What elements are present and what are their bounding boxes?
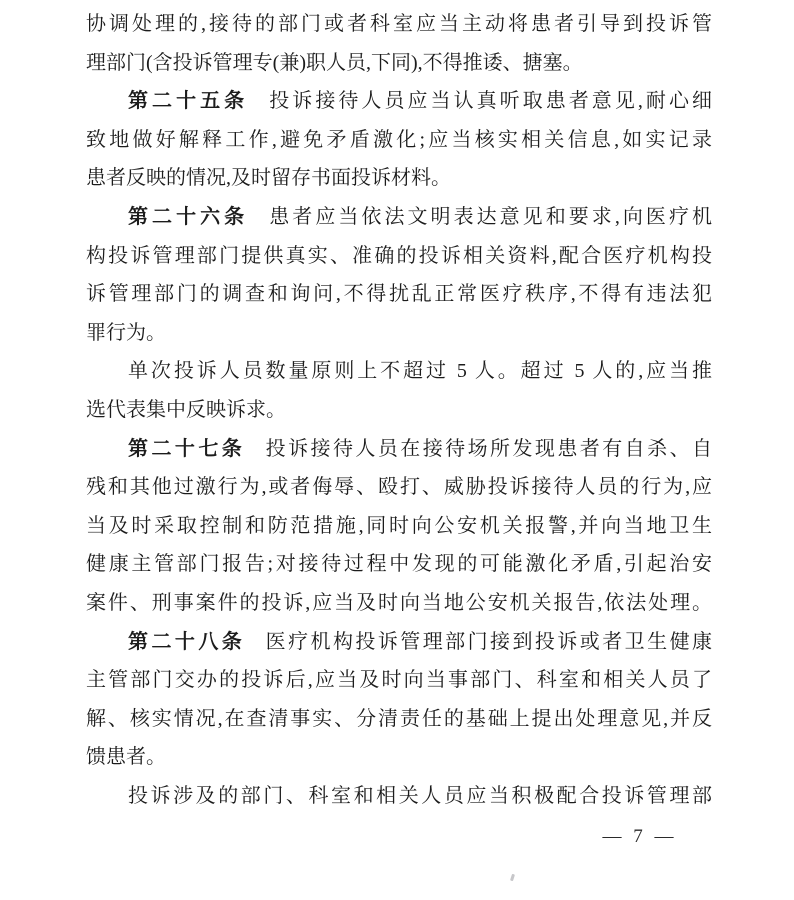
page-number: — 7 — bbox=[592, 826, 684, 848]
line-text: 患者反映的情况,及时留存书面投诉材料。 bbox=[86, 167, 451, 189]
document-line-13: 残和其他过激行为,或者侮辱、殴打、威胁投诉接待人员的行为,应 bbox=[86, 468, 712, 507]
line-text: 案件、刑事案件的投诉,应当及时向当地公安机关报告,依法处理。 bbox=[86, 592, 712, 614]
document-line-12: 第二十七条投诉接待人员在接待场所发现患者有自杀、自 bbox=[86, 430, 712, 469]
document-line-8: 诉管理部门的调查和询问,不得扰乱正常医疗秩序,不得有违法犯 bbox=[86, 275, 712, 314]
scanned-document-page: 协调处理的,接待的部门或者科室应当主动将患者引导到投诉管理部门(含投诉管理专(兼… bbox=[0, 0, 794, 900]
line-text: 构投诉管理部门提供真实、准确的投诉相关资料,配合医疗机构投 bbox=[86, 245, 712, 267]
document-line-19: 解、核实情况,在查清事实、分清责任的基础上提出处理意见,并反 bbox=[86, 700, 712, 739]
line-text: 投诉接待人员在接待场所发现患者有自杀、自 bbox=[263, 438, 712, 460]
article-number-heading: 第二十七条 bbox=[128, 438, 245, 460]
line-text: 致地做好解释工作,避免矛盾激化;应当核实相关信息,如实记录 bbox=[86, 129, 712, 151]
article-number-heading: 第二十八条 bbox=[128, 631, 245, 653]
document-line-6: 第二十六条患者应当依法文明表达意见和要求,向医疗机 bbox=[86, 198, 712, 237]
document-line-2: 理部门(含投诉管理专(兼)职人员,下同),不得推诿、搪塞。 bbox=[86, 44, 712, 83]
article-number-heading: 第二十五条 bbox=[128, 90, 248, 112]
line-text: 理部门(含投诉管理专(兼)职人员,下同),不得推诿、搪塞。 bbox=[86, 52, 583, 74]
document-line-18: 主管部门交办的投诉后,应当及时向当事部门、科室和相关人员了 bbox=[86, 661, 712, 700]
document-line-10: 单次投诉人员数量原则上不超过 5 人。超过 5 人的,应当推 bbox=[86, 352, 712, 391]
document-line-7: 构投诉管理部门提供真实、准确的投诉相关资料,配合医疗机构投 bbox=[86, 237, 712, 276]
scan-speck-artifact bbox=[510, 874, 515, 882]
line-text: 健康主管部门报告;对接待过程中发现的可能激化矛盾,引起治安 bbox=[86, 553, 712, 575]
line-text: 罪行为。 bbox=[86, 322, 166, 344]
document-line-3: 第二十五条投诉接待人员应当认真听取患者意见,耐心细 bbox=[86, 82, 712, 121]
document-line-16: 案件、刑事案件的投诉,应当及时向当地公安机关报告,依法处理。 bbox=[86, 584, 712, 623]
document-line-14: 当及时采取控制和防范措施,同时向公安机关报警,并向当地卫生 bbox=[86, 507, 712, 546]
line-text: 协调处理的,接待的部门或者科室应当主动将患者引导到投诉管 bbox=[86, 13, 712, 35]
line-text: 投诉接待人员应当认真听取患者意见,耐心细 bbox=[266, 90, 712, 112]
document-line-20: 馈患者。 bbox=[86, 738, 712, 777]
line-text: 主管部门交办的投诉后,应当及时向当事部门、科室和相关人员了 bbox=[86, 669, 712, 691]
document-line-15: 健康主管部门报告;对接待过程中发现的可能激化矛盾,引起治安 bbox=[86, 545, 712, 584]
document-line-5: 患者反映的情况,及时留存书面投诉材料。 bbox=[86, 159, 712, 198]
article-number-heading: 第二十六条 bbox=[128, 206, 248, 228]
document-line-21: 投诉涉及的部门、科室和相关人员应当积极配合投诉管理部 bbox=[86, 777, 712, 816]
line-text: 医疗机构投诉管理部门接到投诉或者卫生健康 bbox=[263, 631, 712, 653]
line-text: 解、核实情况,在查清事实、分清责任的基础上提出处理意见,并反 bbox=[86, 708, 712, 730]
line-text: 残和其他过激行为,或者侮辱、殴打、威胁投诉接待人员的行为,应 bbox=[86, 476, 712, 498]
document-line-17: 第二十八条医疗机构投诉管理部门接到投诉或者卫生健康 bbox=[86, 623, 712, 662]
line-text: 投诉涉及的部门、科室和相关人员应当积极配合投诉管理部 bbox=[128, 785, 712, 807]
document-line-4: 致地做好解释工作,避免矛盾激化;应当核实相关信息,如实记录 bbox=[86, 121, 712, 160]
line-text: 馈患者。 bbox=[86, 746, 166, 768]
line-text: 患者应当依法文明表达意见和要求,向医疗机 bbox=[266, 206, 712, 228]
document-line-1: 协调处理的,接待的部门或者科室应当主动将患者引导到投诉管 bbox=[86, 5, 712, 44]
line-text: 选代表集中反映诉求。 bbox=[86, 399, 286, 421]
line-text: 诉管理部门的调查和询问,不得扰乱正常医疗秩序,不得有违法犯 bbox=[86, 283, 712, 305]
line-text: 单次投诉人员数量原则上不超过 5 人。超过 5 人的,应当推 bbox=[128, 360, 712, 382]
document-line-11: 选代表集中反映诉求。 bbox=[86, 391, 712, 430]
document-line-9: 罪行为。 bbox=[86, 314, 712, 353]
document-body: 协调处理的,接待的部门或者科室应当主动将患者引导到投诉管理部门(含投诉管理专(兼… bbox=[86, 5, 712, 815]
line-text: 当及时采取控制和防范措施,同时向公安机关报警,并向当地卫生 bbox=[86, 515, 712, 537]
